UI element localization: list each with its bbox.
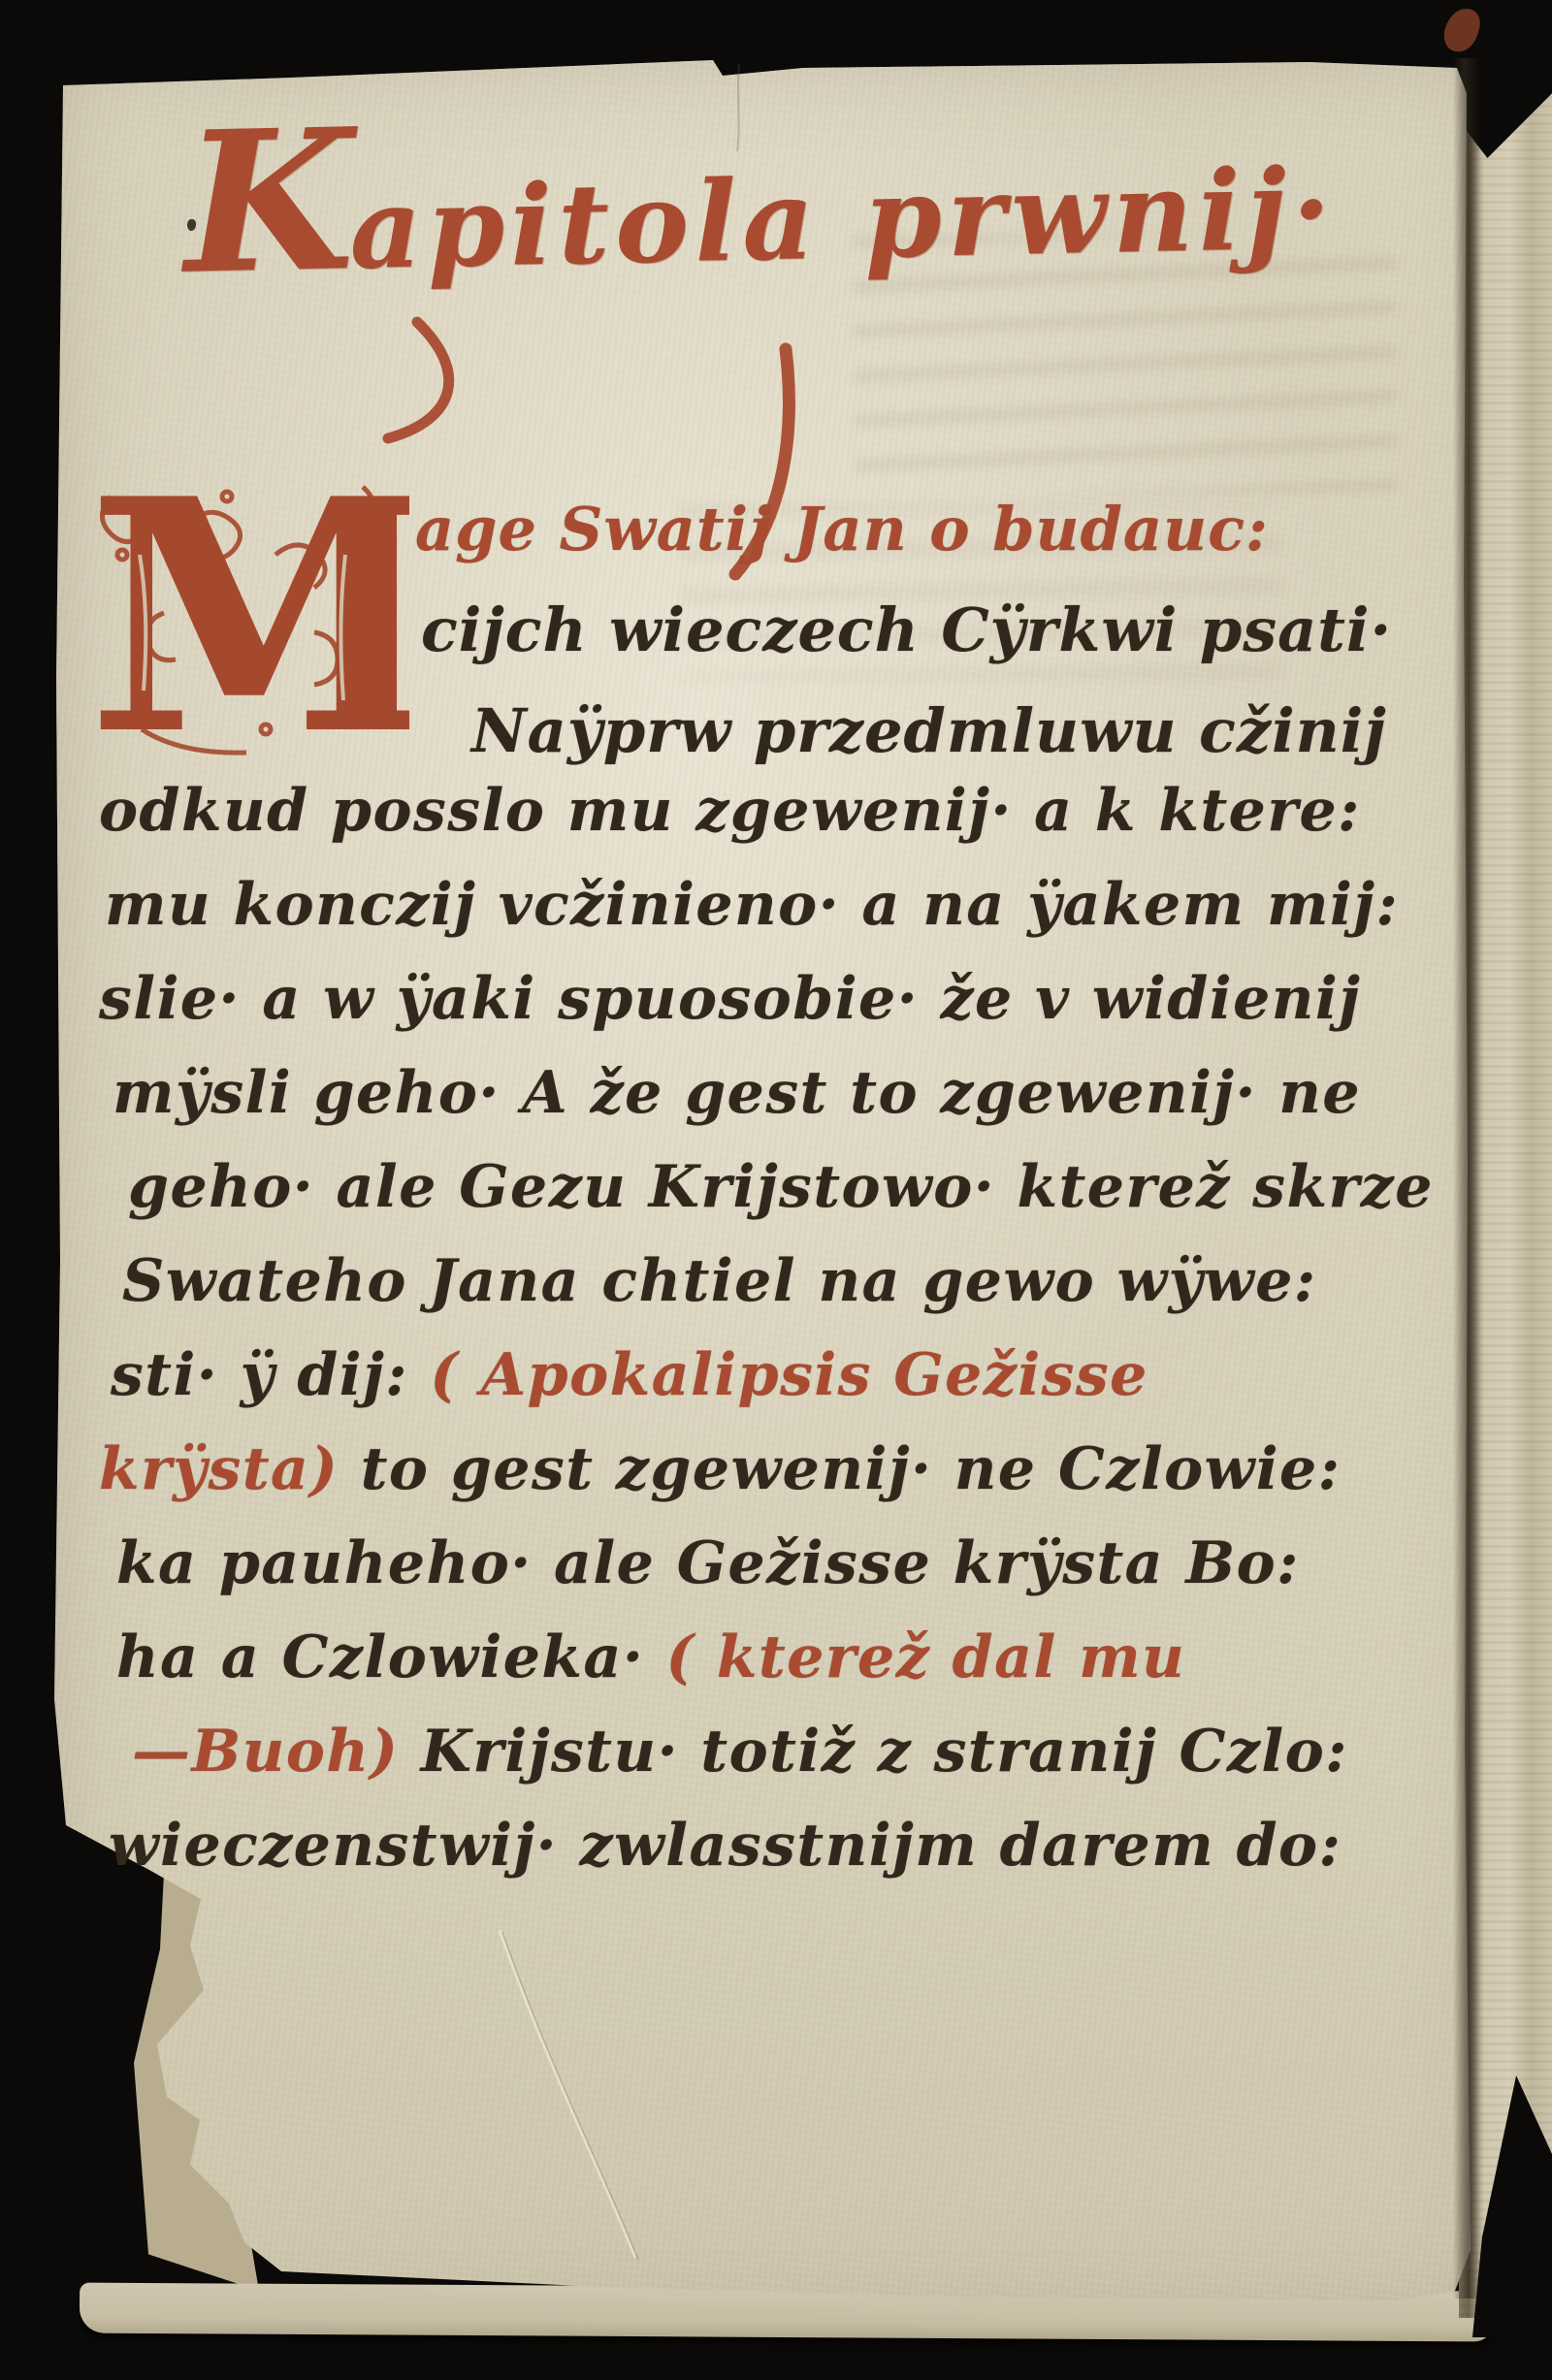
drop-cap-m: M (72, 438, 409, 773)
text-line: odkud posslo mu zgewenij· a k ktere: (99, 764, 1476, 858)
text-segment: to gest zgewenij· ne Czlowie: (361, 1435, 1342, 1503)
text-segment: ( Apokalipsis Gežisse (430, 1341, 1148, 1409)
text-segment: Krijstu· totiž z stranij Czlo: (421, 1718, 1348, 1785)
text-segment: —Buoh) (132, 1718, 421, 1785)
text-segment: mÿsli geho· A že gest to zgewenij· ne (113, 1059, 1361, 1127)
text-line: mÿsli geho· A že gest to zgewenij· ne (99, 1046, 1476, 1141)
opening-text-block: age Swatij Jan o budauc:cijch wieczech C… (415, 454, 1443, 782)
text-segment: Naÿprw przedmluwu cžinij (471, 695, 1387, 766)
text-segment: wieczenstwij· zwlasstnijm darem do: (109, 1812, 1342, 1880)
text-segment: odkud posslo mu zgewenij· a k ktere: (99, 777, 1361, 845)
text-segment: slie· a w ÿaki spuosobie· že v widienij (99, 965, 1361, 1033)
text-line: ka pauheho· ale Gežisse krÿsta Bo: (99, 1517, 1476, 1611)
text-segment: Swateho Jana chtiel na gewo wÿwe: (122, 1247, 1317, 1315)
text-line: ha a Czlowieka· ( kterež dal mu (99, 1611, 1476, 1705)
text-line: —Buoh) Krijstu· totiž z stranij Czlo: (99, 1705, 1476, 1799)
ornamental-m-icon: M (72, 438, 409, 773)
text-segment: krÿsta) (99, 1435, 361, 1503)
text-line: age Swatij Jan o budauc: (415, 479, 1443, 580)
text-line: krÿsta) to gest zgewenij· ne Czlowie: (99, 1423, 1476, 1517)
text-line: Swateho Jana chtiel na gewo wÿwe: (99, 1235, 1476, 1329)
text-line: slie· a w ÿaki spuosobie· že v widienij (99, 952, 1476, 1046)
text-segment: cijch wieczech Cÿrkwi psati· (421, 595, 1392, 665)
text-line: mu konczij vcžinieno· a na ÿakem mij: (99, 858, 1476, 952)
text-line: sti· ÿ dij: ( Apokalipsis Gežisse (99, 1329, 1476, 1423)
text-line: cijch wieczech Cÿrkwi psati· (415, 580, 1443, 681)
body-text-block: odkud posslo mu zgewenij· a k ktere:mu k… (99, 764, 1476, 1893)
text-segment: sti· ÿ dij: (111, 1341, 430, 1409)
text-segment: ka pauheho· ale Gežisse krÿsta Bo: (116, 1529, 1300, 1597)
drop-cap-letter: M (87, 438, 409, 773)
text-segment: mu konczij vcžinieno· a na ÿakem mij: (105, 871, 1399, 939)
text-line: geho· ale Gezu Krijstowo· kterež skrze (99, 1141, 1476, 1235)
text-line: wieczenstwij· zwlasstnijm darem do: (99, 1799, 1476, 1893)
text-segment: geho· ale Gezu Krijstowo· kterež skrze (128, 1153, 1434, 1221)
text-segment: age Swatij Jan o budauc: (415, 494, 1269, 564)
text-segment: ha a Czlowieka· (116, 1624, 666, 1691)
photo-background: K apitola prwnij· M (0, 0, 1552, 2380)
text-segment: ( kterež dal mu (666, 1624, 1186, 1691)
